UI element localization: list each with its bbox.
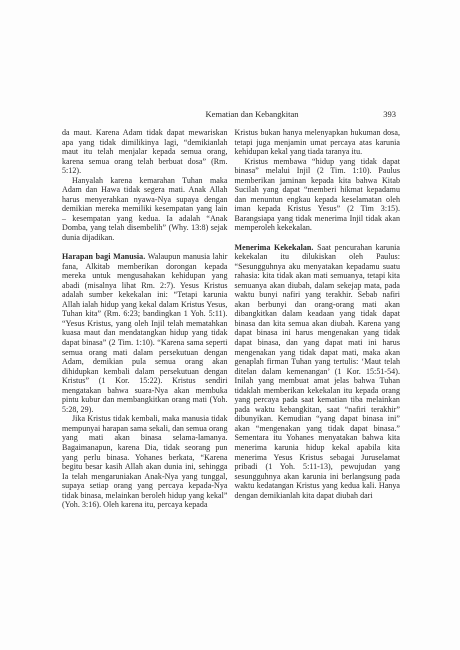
paragraph-text: Hanyalah karena kemarahan Tuhan maka Ada… <box>62 176 228 242</box>
page-header: Kematian dan Kebangkitan 393 <box>62 109 400 120</box>
paragraph: Kristus membawa “hidup yang tidak dapat … <box>235 157 401 233</box>
paragraph-text: Saat pencurahan karunia kekekalan itu di… <box>235 243 401 500</box>
text-columns: da maut. Karena Adam tidak dapat mewaris… <box>62 128 400 510</box>
paragraph-text: da maut. Karena Adam tidak dapat mewaris… <box>62 128 228 175</box>
left-column: da maut. Karena Adam tidak dapat mewaris… <box>62 128 228 510</box>
paragraph-text: Jika Kristus tidak kembali, maka manusia… <box>62 414 228 509</box>
paragraph: da maut. Karena Adam tidak dapat mewaris… <box>62 128 228 176</box>
paragraph: Jika Kristus tidak kembali, maka manusia… <box>62 414 228 509</box>
paragraph: Menerima Kekekalan. Saat pencurahan karu… <box>235 243 401 501</box>
paragraph: Harapan bagi Manusia. Walaupun manusia l… <box>62 252 228 414</box>
paragraph: Kristus bukan hanya melenyapkan hukuman … <box>235 128 401 157</box>
section-heading: Harapan bagi Manusia. <box>62 252 145 261</box>
page-number: 393 <box>383 109 396 120</box>
running-title: Kematian dan Kebangkitan <box>206 109 299 120</box>
paragraph-text: Walaupun manusia lahir fana, Alkitab mem… <box>62 252 228 414</box>
paragraph: Hanyalah karena kemarahan Tuhan maka Ada… <box>62 176 228 243</box>
section-heading: Menerima Kekekalan. <box>235 243 314 252</box>
paragraph-text: Kristus membawa “hidup yang tidak dapat … <box>235 157 401 233</box>
paragraph-text: Kristus bukan hanya melenyapkan hukuman … <box>235 128 401 156</box>
book-page: Kematian dan Kebangkitan 393 da maut. Ka… <box>62 109 400 510</box>
right-column: Kristus bukan hanya melenyapkan hukuman … <box>235 128 401 510</box>
